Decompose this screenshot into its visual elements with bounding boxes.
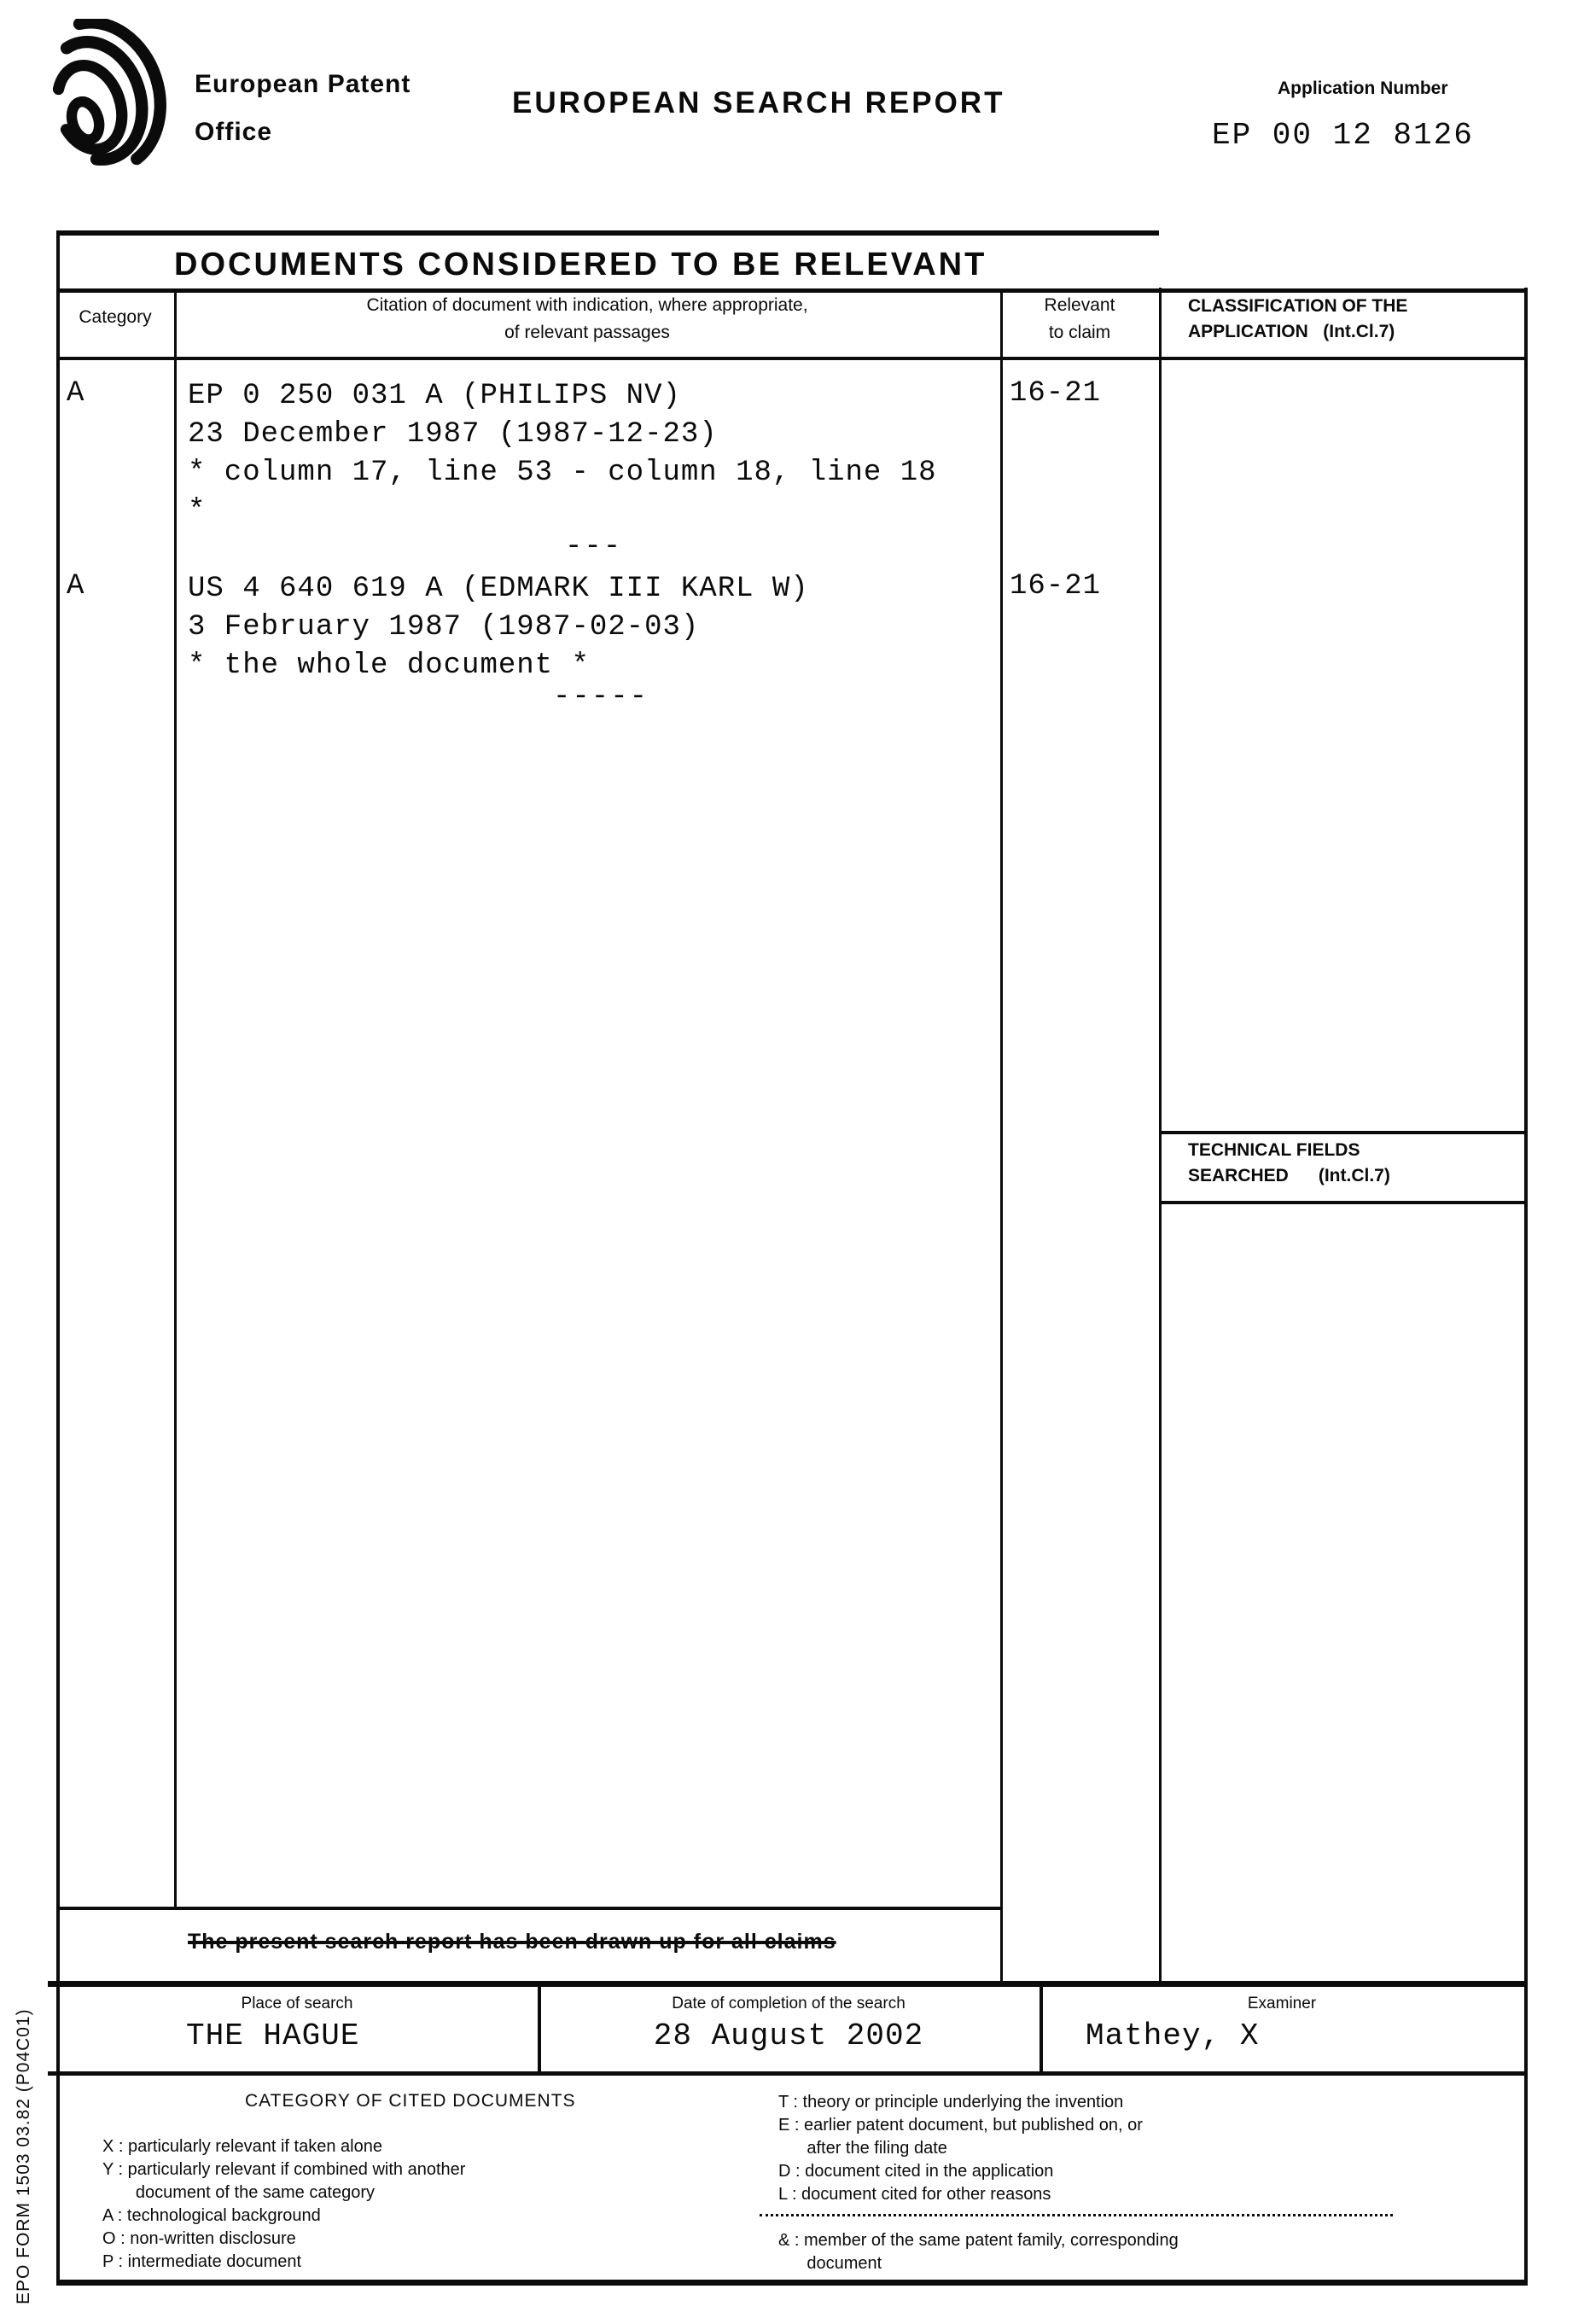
footer-top-border (48, 1981, 1528, 1987)
legend-right-line7: document (778, 2252, 1179, 2275)
table-left-border (56, 230, 60, 2286)
legend-left-column: X : particularly relevant if taken alone… (102, 2135, 465, 2274)
legend-left-line4: A : technological background (102, 2205, 465, 2228)
column-header-citation-line2: of relevant passages (174, 323, 1000, 343)
legend-right-line2: E : earlier patent document, but publish… (778, 2114, 1143, 2137)
row2-citation-line2: 3 February 1987 (1987-02-03) (188, 609, 809, 647)
technical-fields-top-border (1159, 1131, 1526, 1134)
legend-right-line5: L : document cited for other reasons (778, 2183, 1143, 2206)
row2-category: A (67, 570, 84, 603)
legend-left-line1: X : particularly relevant if taken alone (102, 2135, 465, 2158)
citation-area-bottom-divider (56, 1907, 1002, 1910)
place-of-search-value: THE HAGUE (186, 2018, 359, 2053)
technical-fields-line2: SEARCHED (Int.Cl.7) (1188, 1166, 1390, 1186)
row1-separator: --- (565, 531, 622, 563)
table-bottom-border (56, 2280, 1528, 2286)
row1-relevant-claims: 16-21 (1010, 377, 1101, 410)
column-header-bottom-divider (56, 357, 1526, 360)
row2-citation: US 4 640 619 A (EDMARK III KARL W) 3 Feb… (188, 570, 809, 685)
legend-left-line3: document of the same category (102, 2181, 465, 2205)
table-top-border (56, 230, 1159, 236)
date-of-completion-label: Date of completion of the search (538, 1995, 1039, 2013)
legend-right-line1: T : theory or principle underlying the i… (778, 2091, 1143, 2114)
drawn-up-statement: The present search report has been drawn… (188, 1930, 836, 1954)
row1-citation-line4: * (188, 492, 937, 531)
classification-column-divider (1159, 288, 1162, 1987)
examiner-value: Mathey, X (1086, 2018, 1259, 2053)
application-number-label: Application Number (1278, 79, 1448, 99)
technical-fields-bottom-border (1159, 1201, 1526, 1204)
application-number-value: EP 00 12 8126 (1212, 118, 1474, 153)
legend-right-line6: & : member of the same patent family, co… (778, 2229, 1179, 2252)
row2-citation-line1: US 4 640 619 A (EDMARK III KARL W) (188, 570, 809, 609)
technical-fields-line1: TECHNICAL FIELDS (1188, 1140, 1360, 1161)
examiner-label: Examiner (1039, 1995, 1524, 2013)
legend-right-line3: after the filing date (778, 2137, 1143, 2160)
org-name-line1: European Patent (195, 70, 411, 99)
legend-left-line6: P : intermediate document (102, 2251, 465, 2274)
table-right-border (1524, 288, 1528, 2286)
documents-table-title: DOCUMENTS CONSIDERED TO BE RELEVANT (174, 247, 987, 283)
legend-right-column-top: T : theory or principle underlying the i… (778, 2091, 1143, 2206)
relevant-column-divider (1000, 288, 1003, 1987)
row1-category: A (67, 377, 84, 410)
table-header-divider (56, 288, 1526, 293)
org-name-line2: Office (195, 118, 272, 147)
legend-left-line2: Y : particularly relevant if combined wi… (102, 2158, 465, 2181)
legend-title: CATEGORY OF CITED DOCUMENTS (245, 2091, 576, 2111)
search-report-page: European Patent Office EUROPEAN SEARCH R… (0, 0, 1584, 2324)
row2-citation-line3: * the whole document * (188, 647, 809, 685)
row1-citation: EP 0 250 031 A (PHILIPS NV) 23 December … (188, 377, 937, 531)
epo-form-number: EPO FORM 1503 03.82 (P04C01) (14, 2008, 34, 2304)
epo-logo-swirl-icon (38, 19, 167, 183)
category-column-divider (174, 288, 177, 1910)
legend-left-line5: O : non-written disclosure (102, 2228, 465, 2251)
row2-separator: ----- (553, 681, 649, 714)
legend-right-line4: D : document cited in the application (778, 2160, 1143, 2183)
row1-citation-line3: * column 17, line 53 - column 18, line 1… (188, 454, 937, 492)
column-header-citation-line1: Citation of document with indication, wh… (174, 295, 1000, 316)
column-header-relevant-line2: to claim (1000, 323, 1159, 343)
legend-right-column-bottom: & : member of the same patent family, co… (778, 2229, 1179, 2275)
column-header-classification-line1: CLASSIFICATION OF THE (1188, 296, 1407, 317)
column-header-classification-line2: APPLICATION (Int.Cl.7) (1188, 322, 1395, 342)
column-header-category: Category (56, 307, 174, 328)
row1-citation-line2: 23 December 1987 (1987-12-23) (188, 416, 937, 454)
column-header-relevant-line1: Relevant (1000, 295, 1159, 316)
legend-dotted-separator (760, 2214, 1393, 2216)
row2-relevant-claims: 16-21 (1010, 570, 1101, 603)
row1-citation-line1: EP 0 250 031 A (PHILIPS NV) (188, 377, 937, 416)
place-of-search-label: Place of search (56, 1995, 538, 2013)
date-of-completion-value: 28 August 2002 (538, 2018, 1039, 2053)
footer-mid-border (48, 2071, 1528, 2076)
report-title: EUROPEAN SEARCH REPORT (512, 86, 1005, 120)
